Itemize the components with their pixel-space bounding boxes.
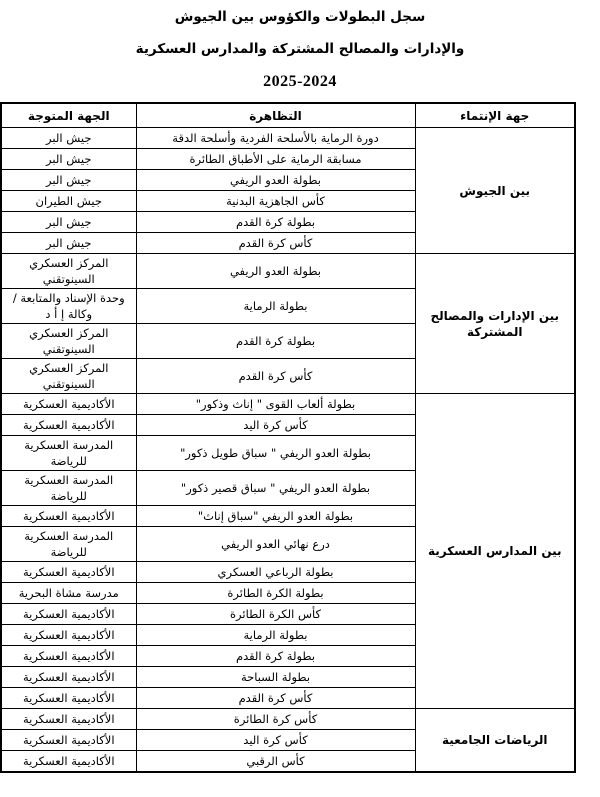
winner-cell: الأكاديمية العسكرية xyxy=(1,688,136,709)
winner-cell: وحدة الإسناد والمتابعة / وكالة إ أ د xyxy=(1,289,136,324)
event-cell: بطولة السباحة xyxy=(136,667,415,688)
event-cell: بطولة العدو الريفي "سباق إناث" xyxy=(136,506,415,527)
table-row: الرياضات الجامعيةكأس كرة الطائرةالأكاديم… xyxy=(1,709,575,730)
event-cell: بطولة الرماية xyxy=(136,625,415,646)
event-cell: دورة الرماية بالأسلحة الفردية وأسلحة الد… xyxy=(136,128,415,149)
event-cell: كأس كرة الطائرة xyxy=(136,709,415,730)
winner-cell: الأكاديمية العسكرية xyxy=(1,646,136,667)
event-cell: كأس الرقبي xyxy=(136,751,415,773)
table-row: بين المدارس العسكريةبطولة ألعاب القوى " … xyxy=(1,394,575,415)
event-cell: مسابقة الرماية على الأطباق الطائرة xyxy=(136,149,415,170)
event-cell: بطولة العدو الريفي " سباق قصير ذكور" xyxy=(136,471,415,506)
document-title-season: 2025-2024 xyxy=(0,73,600,90)
header-affiliation: جهة الإنتماء xyxy=(415,103,575,128)
event-cell: بطولة الرماية xyxy=(136,289,415,324)
event-cell: بطولة العدو الريفي xyxy=(136,170,415,191)
event-cell: بطولة العدو الريفي " سباق طويل ذكور" xyxy=(136,436,415,471)
event-cell: بطولة كرة القدم xyxy=(136,646,415,667)
winner-cell: الأكاديمية العسكرية xyxy=(1,667,136,688)
event-cell: بطولة العدو الريفي xyxy=(136,254,415,289)
document-title-line1: سجل البطولات والكؤوس بين الجيوش xyxy=(0,9,600,26)
winner-cell: المدرسة العسكرية للرياضة xyxy=(1,436,136,471)
records-table: جهة الإنتماء التظاهرة الجهة المتوجة بين … xyxy=(0,102,576,773)
document-page: سجل البطولات والكؤوس بين الجيوش والإدارا… xyxy=(0,0,600,797)
event-cell: كأس كرة اليد xyxy=(136,415,415,436)
winner-cell: مدرسة مشاة البحرية xyxy=(1,583,136,604)
table-row: بين الإدارات والمصالح المشتركةبطولة العد… xyxy=(1,254,575,289)
event-cell: كأس كرة اليد xyxy=(136,730,415,751)
winner-cell: جيش الطيران xyxy=(1,191,136,212)
table-row: بين الجيوشدورة الرماية بالأسلحة الفردية … xyxy=(1,128,575,149)
winner-cell: جيش البر xyxy=(1,128,136,149)
winner-cell: جيش البر xyxy=(1,212,136,233)
winner-cell: المدرسة العسكرية للرياضة xyxy=(1,471,136,506)
winner-cell: الأكاديمية العسكرية xyxy=(1,394,136,415)
winner-cell: الأكاديمية العسكرية xyxy=(1,751,136,773)
event-cell: كأس كرة القدم xyxy=(136,688,415,709)
affiliation-group-cell: بين الإدارات والمصالح المشتركة xyxy=(415,254,575,394)
winner-cell: جيش البر xyxy=(1,170,136,191)
winner-cell: الأكاديمية العسكرية xyxy=(1,562,136,583)
affiliation-group-cell: بين الجيوش xyxy=(415,128,575,254)
winner-cell: الأكاديمية العسكرية xyxy=(1,709,136,730)
event-cell: بطولة كرة القدم xyxy=(136,324,415,359)
winner-cell: الأكاديمية العسكرية xyxy=(1,604,136,625)
affiliation-group-cell: الرياضات الجامعية xyxy=(415,709,575,773)
winner-cell: الأكاديمية العسكرية xyxy=(1,506,136,527)
event-cell: بطولة الكرة الطائرة xyxy=(136,583,415,604)
event-cell: كأس الجاهزية البدنية xyxy=(136,191,415,212)
winner-cell: الأكاديمية العسكرية xyxy=(1,415,136,436)
header-row: جهة الإنتماء التظاهرة الجهة المتوجة xyxy=(1,103,575,128)
event-cell: كأس كرة القدم xyxy=(136,359,415,394)
winner-cell: المركز العسكري السينوتقني xyxy=(1,324,136,359)
event-cell: درع نهائي العدو الريفي xyxy=(136,527,415,562)
winner-cell: المركز العسكري السينوتقني xyxy=(1,359,136,394)
winner-cell: المركز العسكري السينوتقني xyxy=(1,254,136,289)
event-cell: بطولة الرباعي العسكري xyxy=(136,562,415,583)
event-cell: كأس كرة القدم xyxy=(136,233,415,254)
event-cell: بطولة ألعاب القوى " إناث وذكور" xyxy=(136,394,415,415)
event-cell: بطولة كرة القدم xyxy=(136,212,415,233)
header-winner: الجهة المتوجة xyxy=(1,103,136,128)
winner-cell: الأكاديمية العسكرية xyxy=(1,730,136,751)
winner-cell: جيش البر xyxy=(1,233,136,254)
records-tbody: بين الجيوشدورة الرماية بالأسلحة الفردية … xyxy=(1,128,575,773)
winner-cell: الأكاديمية العسكرية xyxy=(1,625,136,646)
header-event: التظاهرة xyxy=(136,103,415,128)
event-cell: كأس الكرة الطائرة xyxy=(136,604,415,625)
winner-cell: جيش البر xyxy=(1,149,136,170)
affiliation-group-cell: بين المدارس العسكرية xyxy=(415,394,575,709)
document-title-line2: والإدارات والمصالح المشتركة والمدارس الع… xyxy=(0,41,600,58)
winner-cell: المدرسة العسكرية للرياضة xyxy=(1,527,136,562)
